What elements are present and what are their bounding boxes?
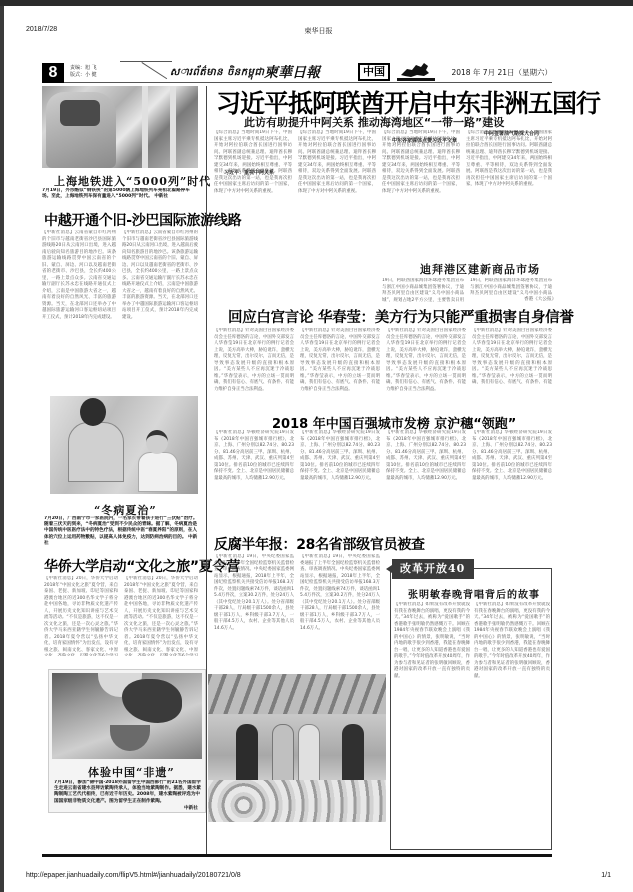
second-article-col2: 【中新社消息】针对美国白宫国家经济委员会主任库德洛的言论，中国外交部发言人华春莹… (300, 328, 380, 392)
page-bottom-rule (42, 854, 552, 857)
second-article-col3: 【中新社消息】针对美国白宫国家经济委员会主任库德洛的言论，中国外交部发言人华春莹… (386, 328, 466, 392)
lead-subhead-3: 中阿签署油气勘探大合同 (484, 130, 539, 137)
china-map-icon (397, 61, 435, 81)
railway-photo-caption: 7月19日，外形酷似“钢铁侠”的第5000辆上海地铁列车亮相北翟路停车场。至此，… (42, 188, 198, 202)
column-divider (206, 86, 207, 856)
hua-chunying-headline: 回应白宫言论 华春莹：美方行为只能严重损害自身信誉 (228, 306, 574, 327)
cities-article-col2: 【中新社消息】华顿经济研究院19日发布《2018年中国百强城市排行榜》，北京、上… (300, 430, 380, 514)
lead-subhead-2: 中东各家媒体点赞习近平文章 (392, 137, 457, 144)
masthead-divider (120, 61, 172, 83)
page-number: 8 (42, 63, 64, 83)
lead-article-col2: 【综合消息】当地时间19日下午，中国国家主席习近平乘专机抵达阿布扎比，开始对阿拉… (298, 130, 376, 302)
photo-shanghai-metro (42, 86, 198, 168)
print-footer: http://epaper.jianhuadaily.com/flipV5.ht… (26, 872, 611, 879)
reform-article-col2: 【中新社消息】如果没有改革开放就没有我在春晚舞台的演唱，更没有我的今天。”34年… (474, 602, 550, 846)
print-page-count: 1/1 (601, 872, 611, 879)
lead-subheadline: 此访有助提升中阿关系 推动海湾地区“一带一路”建设 (244, 114, 504, 130)
newspaper-masthead: 8 责编：旭 飞 版式：小 健 ស​ារព័ត៌មាន ចិនកម្ពុជា 柬… (42, 61, 552, 83)
heritage-caption: 7月19日，参加“锦中国·2018外国留学生中国西部行”的21名外国留学生走进云… (54, 780, 202, 806)
photo-students-pottery (208, 674, 386, 822)
corruption-article-col2: 【中新社消息】19日，中央纪委国家监委通报了上半年全国纪检监察机关监督检查、审查… (300, 554, 380, 634)
reform-article-col1: 【中新社消息】如果没有改革开放就没有我在春晚舞台的演唱，更没有我的今天。”34年… (394, 602, 470, 846)
printed-page: 2018/7/28 柬华日报 8 责编：旭 飞 版式：小 健 ស​ារព័ត៌ម… (4, 6, 633, 892)
vietnam-article-col1: 【中新社消息】云南省蒙自市红河州的个旧市与越南老街省沙巴县国际旅游线路20日从云… (42, 230, 116, 384)
corruption-article-col1: 【中新社消息】19日，中央纪委国家监委通报了上半年全国纪检监察机关监督检查、审查… (214, 554, 294, 674)
lead-subhead-1: 习近平：重视中阿关系 (224, 169, 274, 176)
cities-article-col1: 【中新社消息】华顿经济研究院19日发布《2018年中国百强城市排行榜》，北京、上… (214, 430, 294, 514)
lead-article-col1: 【综合消息】当地时间19日下午，中国国家主席习近平乘专机抵达阿布扎比，开始对阿拉… (214, 130, 292, 302)
second-article-col1: 【中新社消息】针对美国白宫国家经济委员会主任库德洛的言论，中国外交部发言人华春莹… (214, 328, 294, 392)
issue-date: 2018 年 7月 21日（星期六） (451, 67, 552, 78)
photo-summer-treatment (50, 396, 198, 494)
khmer-paper-name: ស​ារព័ត៌មាន ចិនកម្ពុជា (170, 65, 265, 80)
railway-photo-headline: 上海地铁进入“5000列”时代 (54, 173, 211, 189)
print-url: http://epaper.jianhuadaily.com/flipV5.ht… (26, 872, 241, 879)
heritage-credit: 中新社 (184, 806, 198, 812)
reform-story-headline: 张明敏春晚背唱背后的故事 (408, 586, 540, 601)
anti-corruption-headline: 反腐半年报：28名省部级官员被查 (214, 534, 425, 554)
heritage-headline: 体验中国“非遗” (88, 764, 175, 780)
section-label: 中国 (358, 63, 390, 81)
editor-credits: 责编：旭 飞 版式：小 健 (70, 65, 97, 79)
lead-article-col3: 【综合消息】当地时间19日下午，中国国家主席习近平乘专机抵达阿布扎比，开始对阿拉… (382, 130, 460, 240)
paper-name-logo: 柬華日報 (264, 62, 320, 82)
reform-40-ribbon: 改革开放40年 (392, 559, 474, 579)
print-title: 柬华日报 (26, 26, 611, 36)
second-article-col4: 【中新社消息】针对美国白宫国家经济委员会主任库德洛的言论，中国外交部发言人华春莹… (472, 328, 552, 384)
caption-text: 7月20日，广西南宁市一家医院内，一名家长带着孩子进行“三伏贴”治疗。随着三伏天… (44, 516, 197, 540)
university-article-col1: 【中新社消息】20日，华侨大学启动2018年“中国文化之旅”夏令营，来自泰国、老… (44, 576, 118, 656)
cities-article-col3: 【中新社消息】华顿经济研究院19日发布《2018年中国百强城市排行榜》，北京、上… (386, 430, 466, 514)
editor-line: 责编：旭 飞 (70, 65, 97, 72)
dubai-article-col2: 19日，阿联酋国家海洋环球港务集团宣布与浙江中国小商品城集团签署协议，于迪拜杰贝… (470, 278, 552, 296)
designer-line: 版式：小 健 (70, 72, 97, 79)
summer-cure-caption: 7月20日，广西南宁市一家医院内，一名家长带着孩子进行“三伏贴”治疗。随着三伏天… (44, 516, 198, 548)
vietnam-article-col2: 【中新社消息】云南省蒙自市红河州的个旧市与越南老街省沙巴县国际旅游线路20日从云… (122, 230, 198, 330)
lead-article-col4: 【综合消息】当地时间19日下午，中国国家主席习近平乘专机抵达阿布扎比，开始对阿拉… (466, 130, 552, 240)
university-article-col2: 【中新社消息】20日，华侨大学启动2018年“中国文化之旅”夏令营，来自泰国、老… (124, 576, 198, 656)
photo-pottery-student (52, 673, 202, 759)
dubai-source: 香港《大公报》 (524, 297, 556, 303)
vietnam-route-headline: 中越开通个旧-沙巴国际旅游线路 (44, 210, 241, 230)
print-header: 2018/7/28 柬华日报 (26, 26, 611, 38)
caption-credit: 中新社 (154, 194, 168, 199)
university-headline: 华侨大学启动“文化之旅”夏令营 (44, 556, 240, 576)
cities-article-col4: 【中新社消息】华顿经济研究院19日发布《2018年中国百强城市排行榜》，北京、上… (472, 430, 552, 514)
dubai-article-col1: 19日，阿联酋国家海洋环球港务集团宣布与浙江中国小商品城集团签署协议，于迪拜杰贝… (382, 278, 464, 302)
dubai-market-headline: 迪拜港区建新商品市场 (420, 261, 540, 277)
